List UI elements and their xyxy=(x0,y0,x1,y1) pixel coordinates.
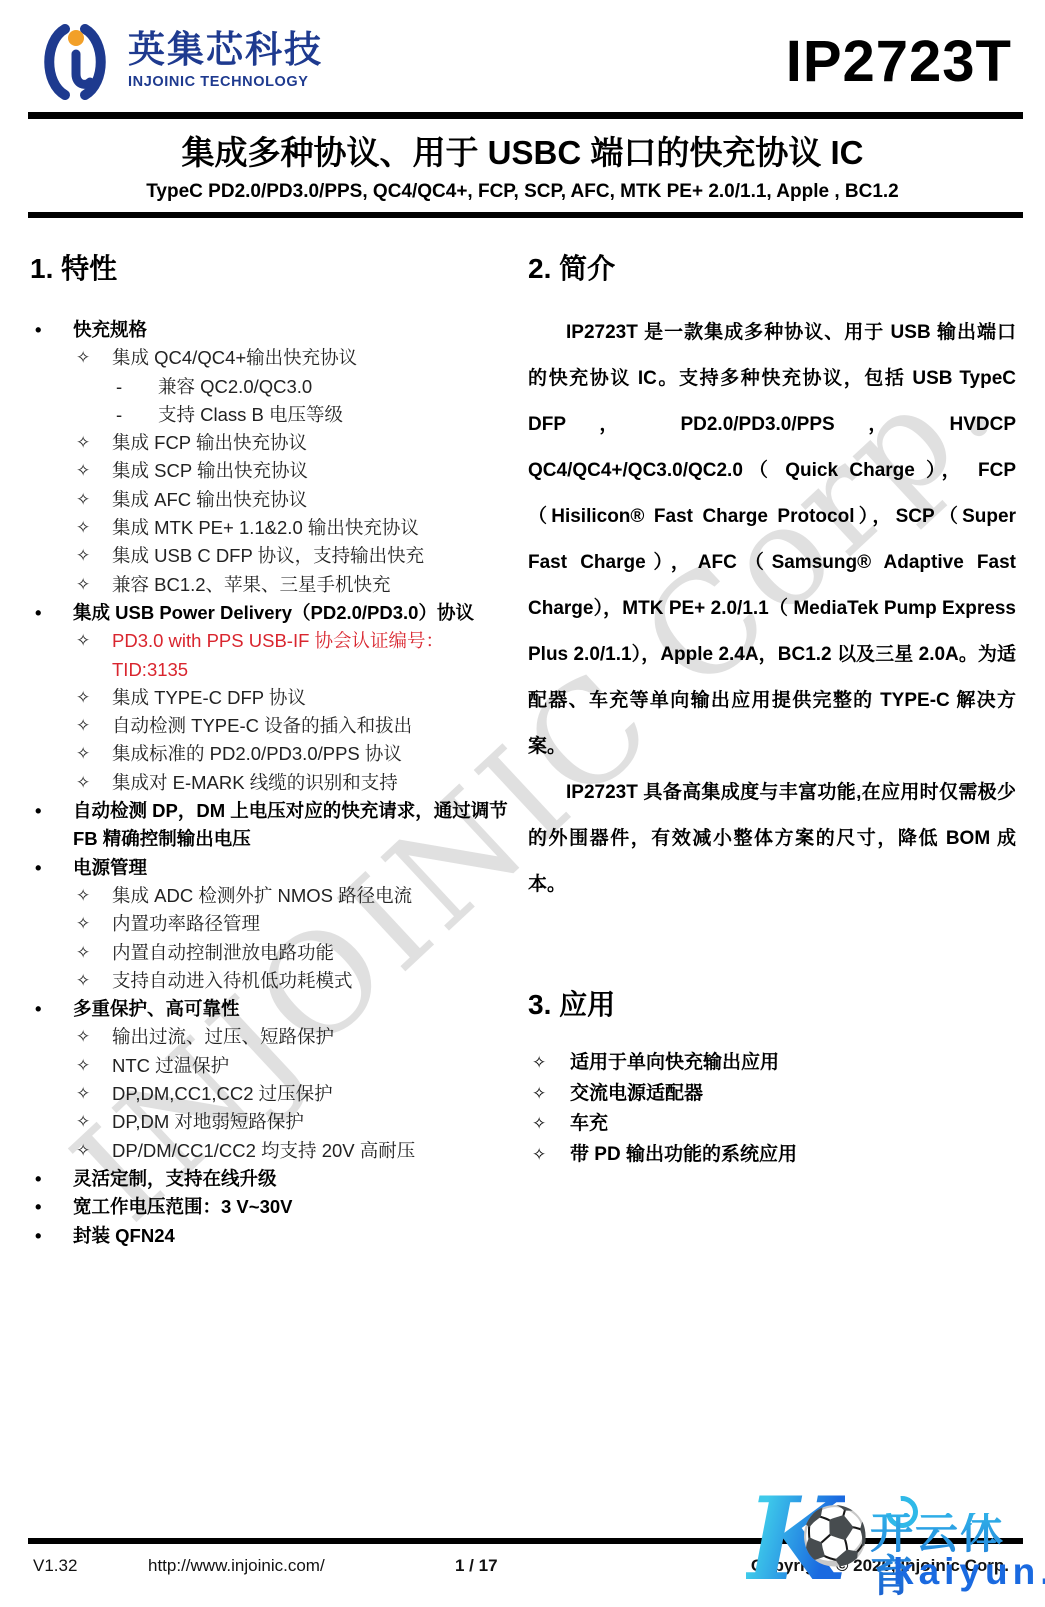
feature-text: 集成 TYPE-C DFP 协议 xyxy=(112,684,306,712)
feature-item: ✧内置功率路径管理 xyxy=(30,910,508,938)
feature-item: •电源管理 xyxy=(30,854,508,882)
feature-text: 集成 SCP 输出快充协议 xyxy=(112,457,308,485)
feature-item: ✧输出过流、过压、短路保护 xyxy=(30,1023,508,1051)
intro-column: 2. 简介 IP2723T 是一款集成多种协议、用于 USB 输出端口的快充协议… xyxy=(528,248,1016,1170)
feature-item: ✧NTC 过温保护 xyxy=(30,1052,508,1080)
logo-texts: 英集芯科技 INJOINIC TECHNOLOGY xyxy=(128,30,323,90)
dash-icon: - xyxy=(116,401,158,429)
footer-page-number: 1 / 17 xyxy=(455,1556,498,1576)
applications-list: ✧适用于单向快充输出应用✧交流电源适配器✧车充✧带 PD 输出功能的系统应用 xyxy=(528,1048,1016,1170)
feature-text: 宽工作电压范围：3 V~30V xyxy=(73,1193,293,1221)
feature-item: ✧DP,DM,CC1,CC2 过压保护 xyxy=(30,1080,508,1108)
feature-item: ✧集成 USB C DFP 协议，支持输出快充 xyxy=(30,542,508,570)
intro-paragraph-1: IP2723T 是一款集成多种协议、用于 USB 输出端口的快充协议 IC。支持… xyxy=(528,310,1016,770)
feature-item: ✧支持自动进入待机低功耗模式 xyxy=(30,967,508,995)
diamond-icon: ✧ xyxy=(528,1109,570,1140)
feature-text: 集成 FCP 输出快充协议 xyxy=(112,429,307,457)
diamond-icon: ✧ xyxy=(528,1140,570,1171)
diamond-icon: ✧ xyxy=(76,1108,112,1136)
footer-version: V1.32 xyxy=(33,1556,77,1576)
diamond-icon: ✧ xyxy=(528,1079,570,1110)
feature-item: -兼容 QC2.0/QC3.0 xyxy=(30,373,508,401)
feature-text: 集成 AFC 输出快充协议 xyxy=(112,486,307,514)
feature-text: 兼容 BC1.2、苹果、三星手机快充 xyxy=(112,571,391,599)
datasheet-page: INJOINIC Corp. 英集芯科技 INJOINIC TECHNOLOGY… xyxy=(0,0,1045,1607)
document-title: 集成多种协议、用于 USBC 端口的快充协议 IC xyxy=(30,127,1015,174)
feature-text: DP/DM/CC1/CC2 均支持 20V 高耐压 xyxy=(112,1137,415,1165)
diamond-icon: ✧ xyxy=(76,542,112,570)
footer-url: http://www.injoinic.com/ xyxy=(148,1556,325,1576)
feature-item: ✧DP/DM/CC1/CC2 均支持 20V 高耐压 xyxy=(30,1137,508,1165)
feature-item: ✧集成 ADC 检测外扩 NMOS 路径电流 xyxy=(30,882,508,910)
feature-text: 输出过流、过压、短路保护 xyxy=(112,1023,334,1051)
diamond-icon: ✧ xyxy=(76,514,112,542)
diamond-icon: ✧ xyxy=(76,740,112,768)
feature-text: 内置功率路径管理 xyxy=(112,910,260,938)
diamond-icon: ✧ xyxy=(76,684,112,712)
footer-copyright: Copyright © 2020, Injoinic Corp. xyxy=(751,1556,1009,1576)
feature-text: 支持自动进入待机低功耗模式 xyxy=(112,967,353,995)
feature-text: 集成 USB C DFP 协议，支持输出快充 xyxy=(112,542,424,570)
features-column: 1. 特性 •快充规格✧集成 QC4/QC4+输出快充协议-兼容 QC2.0/Q… xyxy=(30,248,508,1250)
bullet-icon: • xyxy=(30,995,73,1023)
features-list: •快充规格✧集成 QC4/QC4+输出快充协议-兼容 QC2.0/QC3.0-支… xyxy=(30,316,508,1250)
feature-text: DP,DM,CC1,CC2 过压保护 xyxy=(112,1080,333,1108)
application-text: 带 PD 输出功能的系统应用 xyxy=(570,1140,797,1171)
feature-item: •快充规格 xyxy=(30,316,508,344)
bullet-icon: • xyxy=(30,854,73,882)
bullet-icon: • xyxy=(30,797,73,825)
application-item: ✧带 PD 输出功能的系统应用 xyxy=(528,1140,1016,1171)
intro-paragraph-2: IP2723T 具备高集成度与丰富功能,在应用时仅需极少的外围器件，有效减小整体… xyxy=(528,770,1016,908)
feature-text: 多重保护、高可靠性 xyxy=(73,995,240,1023)
feature-text: 灵活定制，支持在线升级 xyxy=(73,1165,277,1193)
feature-text: 兼容 QC2.0/QC3.0 xyxy=(158,373,312,401)
feature-item: ✧集成 FCP 输出快充协议 xyxy=(30,429,508,457)
feature-item: -支持 Class B 电压等级 xyxy=(30,401,508,429)
document-subtitle: TypeC PD2.0/PD3.0/PPS, QC4/QC4+, FCP, SC… xyxy=(30,181,1015,203)
diamond-icon: ✧ xyxy=(76,967,112,995)
brand-name-cn: 英集芯科技 xyxy=(128,30,323,71)
feature-text: 集成 ADC 检测外扩 NMOS 路径电流 xyxy=(112,882,412,910)
dash-icon: - xyxy=(116,373,158,401)
diamond-icon: ✧ xyxy=(76,457,112,485)
feature-item: •封装 QFN24 xyxy=(30,1222,508,1250)
diamond-icon: ✧ xyxy=(528,1048,570,1079)
bullet-icon: • xyxy=(30,1165,73,1193)
feature-text: 集成对 E-MARK 线缆的识别和支持 xyxy=(112,769,398,797)
bullet-icon: • xyxy=(30,599,73,627)
logo-orange-dot xyxy=(68,30,84,46)
section-heading-intro: 2. 简介 xyxy=(528,252,1016,286)
feature-item: ✧集成 AFC 输出快充协议 xyxy=(30,486,508,514)
feature-text: 集成 USB Power Delivery（PD2.0/PD3.0）协议 xyxy=(73,599,474,627)
diamond-icon: ✧ xyxy=(76,344,112,372)
feature-text: PD3.0 with PPS USB-IF 协会认证编号： TID:3135 xyxy=(112,627,444,684)
bullet-icon: • xyxy=(30,316,73,344)
company-logo: 英集芯科技 INJOINIC TECHNOLOGY xyxy=(36,22,323,102)
application-item: ✧车充 xyxy=(528,1109,1016,1140)
diamond-icon: ✧ xyxy=(76,486,112,514)
bullet-icon: • xyxy=(30,1193,73,1221)
diamond-icon: ✧ xyxy=(76,627,112,655)
feature-item: •自动检测 DP，DM 上电压对应的快充请求，通过调节 FB 精确控制输出电压 xyxy=(30,797,508,854)
diamond-icon: ✧ xyxy=(76,910,112,938)
kaiyun-swirl-icon xyxy=(879,1489,924,1534)
footer-rule xyxy=(28,1538,1023,1544)
diamond-icon: ✧ xyxy=(76,1080,112,1108)
feature-text: 自动检测 DP，DM 上电压对应的快充请求，通过调节 FB 精确控制输出电压 xyxy=(73,797,508,854)
diamond-icon: ✧ xyxy=(76,1023,112,1051)
diamond-icon: ✧ xyxy=(76,1137,112,1165)
feature-text: 集成 MTK PE+ 1.1&2.0 输出快充协议 xyxy=(112,514,419,542)
section-heading-features: 1. 特性 xyxy=(30,252,508,286)
feature-text: 电源管理 xyxy=(73,854,147,882)
feature-item: ✧集成标准的 PD2.0/PD3.0/PPS 协议 xyxy=(30,740,508,768)
application-text: 交流电源适配器 xyxy=(570,1079,703,1110)
bullet-icon: • xyxy=(30,1222,73,1250)
feature-item: ✧PD3.0 with PPS USB-IF 协会认证编号： TID:3135 xyxy=(30,627,508,684)
feature-text: 自动检测 TYPE-C 设备的插入和拔出 xyxy=(112,712,412,740)
diamond-icon: ✧ xyxy=(76,429,112,457)
application-item: ✧交流电源适配器 xyxy=(528,1079,1016,1110)
feature-item: ✧内置自动控制泄放电路功能 xyxy=(30,939,508,967)
part-number: IP2723T xyxy=(786,28,1012,95)
application-text: 车充 xyxy=(570,1109,608,1140)
injoinic-logo-icon xyxy=(36,22,118,102)
brand-name-en: INJOINIC TECHNOLOGY xyxy=(128,74,323,90)
feature-item: ✧集成 TYPE-C DFP 协议 xyxy=(30,684,508,712)
feature-text: 集成标准的 PD2.0/PD3.0/PPS 协议 xyxy=(112,740,402,768)
diamond-icon: ✧ xyxy=(76,1052,112,1080)
application-text: 适用于单向快充输出应用 xyxy=(570,1048,779,1079)
feature-item: ✧DP,DM 对地弱短路保护 xyxy=(30,1108,508,1136)
feature-item: ✧集成对 E-MARK 线缆的识别和支持 xyxy=(30,769,508,797)
diamond-icon: ✧ xyxy=(76,939,112,967)
header-rule-bottom xyxy=(28,212,1023,218)
feature-item: ✧集成 QC4/QC4+输出快充协议 xyxy=(30,344,508,372)
feature-item: ✧自动检测 TYPE-C 设备的插入和拔出 xyxy=(30,712,508,740)
application-item: ✧适用于单向快充输出应用 xyxy=(528,1048,1016,1079)
feature-item: •灵活定制，支持在线升级 xyxy=(30,1165,508,1193)
feature-text: DP,DM 对地弱短路保护 xyxy=(112,1108,304,1136)
feature-text: 支持 Class B 电压等级 xyxy=(158,401,343,429)
feature-text: 内置自动控制泄放电路功能 xyxy=(112,939,334,967)
feature-item: ✧集成 MTK PE+ 1.1&2.0 输出快充协议 xyxy=(30,514,508,542)
diamond-icon: ✧ xyxy=(76,769,112,797)
feature-item: ✧兼容 BC1.2、苹果、三星手机快充 xyxy=(30,571,508,599)
feature-text: 集成 QC4/QC4+输出快充协议 xyxy=(112,344,357,372)
feature-item: •多重保护、高可靠性 xyxy=(30,995,508,1023)
feature-text: NTC 过温保护 xyxy=(112,1052,229,1080)
diamond-icon: ✧ xyxy=(76,571,112,599)
feature-text: 封装 QFN24 xyxy=(73,1222,175,1250)
diamond-icon: ✧ xyxy=(76,882,112,910)
section-heading-applications: 3. 应用 xyxy=(528,988,1016,1022)
feature-item: •宽工作电压范围：3 V~30V xyxy=(30,1193,508,1221)
feature-text: 快充规格 xyxy=(73,316,147,344)
header-rule-top xyxy=(28,112,1023,119)
feature-item: ✧集成 SCP 输出快充协议 xyxy=(30,457,508,485)
feature-item: •集成 USB Power Delivery（PD2.0/PD3.0）协议 xyxy=(30,599,508,627)
diamond-icon: ✧ xyxy=(76,712,112,740)
